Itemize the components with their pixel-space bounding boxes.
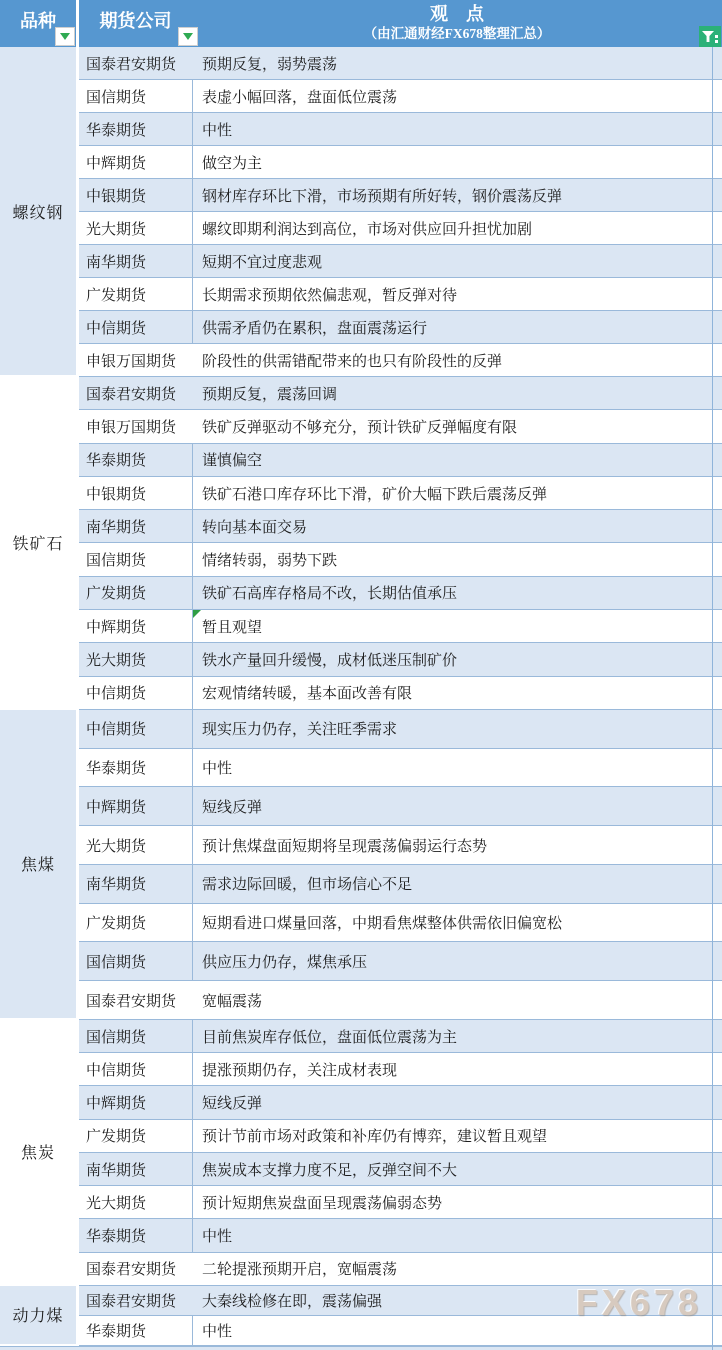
filter-funnel-icon [702,31,714,42]
view-cell: 铁矿石港口库存环比下滑，矿价大幅下跌后震荡反弹 [192,477,722,509]
table-row: 中信期货供需矛盾仍在累积，盘面震荡运行 [79,311,722,344]
view-text: 短线反弹 [202,796,262,817]
view-cell: 预期反复，弱势震荡 [192,47,722,79]
table-row: 广发期货短期看进口煤量回落，中期看焦煤整体供需依旧偏宽松 [79,904,722,943]
company-cell: 中辉期货 [79,610,192,642]
company-cell: 中辉期货 [79,1086,192,1118]
view-text: 铁矿石港口库存环比下滑，矿价大幅下跌后震荡反弹 [202,483,547,504]
table-row: 中信期货提涨预期仍存，关注成材表现 [79,1053,722,1086]
company-cell: 国信期货 [79,1020,192,1052]
view-cell: 预期反复，震荡回调 [192,377,722,409]
view-text: 预期反复，震荡回调 [202,383,337,404]
view-text: 宏观情绪转暖，基本面改善有限 [202,682,412,703]
view-text: 短期不宜过度悲观 [202,251,322,272]
view-cell: 供应压力仍存，煤焦承压 [192,942,722,980]
view-text: 长期需求预期依然偏悲观，暂反弹对待 [202,284,457,305]
view-text: 情绪转弱，弱势下跌 [202,549,337,570]
chevron-down-icon [60,33,70,40]
table-row: 光大期货螺纹即期利润达到高位，市场对供应回升担忧加剧 [79,212,722,245]
table-body: 螺纹钢国泰君安期货预期反复，弱势震荡国信期货表虚小幅回落，盘面低位震荡华泰期货中… [0,47,722,1346]
view-cell: 短线反弹 [192,1086,722,1118]
table-row: 广发期货预计节前市场对政策和补库仍有博弈，建议暂且观望 [79,1120,722,1153]
variety-header-label: 品种 [20,7,56,33]
view-text: 预计短期焦炭盘面呈现震荡偏弱态势 [202,1192,442,1213]
table-row: 华泰期货中性 [79,113,722,146]
view-cell: 短期不宜过度悲观 [192,245,722,277]
table-row: 南华期货焦炭成本支撑力度不足，反弹空间不大 [79,1153,722,1186]
view-cell: 阶段性的供需错配带来的也只有阶段性的反弹 [192,344,722,376]
variety-group: 焦煤中信期货现实压力仍存，关注旺季需求华泰期货中性中辉期货短线反弹光大期货预计焦… [0,710,722,1020]
company-cell: 中信期货 [79,1053,192,1085]
view-text: 暂且观望 [202,616,262,637]
company-cell: 南华期货 [79,1153,192,1185]
view-cell: 二轮提涨预期开启，宽幅震荡 [192,1253,722,1285]
watermark: FX678 [576,1282,702,1324]
view-text: 表虚小幅回落，盘面低位震荡 [202,86,397,107]
view-cell: 目前焦炭库存低位，盘面低位震荡为主 [192,1020,722,1052]
table-row: 华泰期货谨慎偏空 [79,444,722,477]
company-cell: 华泰期货 [79,1316,192,1345]
view-text: 焦炭成本支撑力度不足，反弹空间不大 [202,1159,457,1180]
group-rows: 中信期货现实压力仍存，关注旺季需求华泰期货中性中辉期货短线反弹光大期货预计焦煤盘… [79,710,722,1020]
right-column-border [712,47,713,1350]
view-cell: 现实压力仍存，关注旺季需求 [192,710,722,748]
company-cell: 国信期货 [79,80,192,112]
view-cell: 中性 [192,1219,722,1251]
table-row: 申银万国期货铁矿反弹驱动不够充分，预计铁矿反弹幅度有限 [79,410,722,443]
company-cell: 华泰期货 [79,1219,192,1251]
company-cell: 中信期货 [79,677,192,709]
company-cell: 广发期货 [79,1120,192,1152]
company-cell: 国信期货 [79,543,192,575]
table-row: 南华期货需求边际回暖，但市场信心不足 [79,865,722,904]
company-cell: 南华期货 [79,510,192,542]
view-cell: 短线反弹 [192,787,722,825]
view-header-subtitle: （由汇通财经FX678整理汇总） [364,25,551,43]
comment-marker-icon [193,610,201,618]
view-text: 供需矛盾仍在累积，盘面震荡运行 [202,317,427,338]
variety-cell: 动力煤 [0,1286,79,1346]
view-text: 中性 [202,1320,232,1341]
view-text: 二轮提涨预期开启，宽幅震荡 [202,1258,397,1279]
table-row: 广发期货长期需求预期依然偏悲观，暂反弹对待 [79,278,722,311]
group-rows: 国泰君安期货预期反复，弱势震荡国信期货表虚小幅回落，盘面低位震荡华泰期货中性中辉… [79,47,722,377]
variety-group: 焦炭国信期货目前焦炭库存低位，盘面低位震荡为主中信期货提涨预期仍存，关注成材表现… [0,1020,722,1286]
view-text: 现实压力仍存，关注旺季需求 [202,718,397,739]
view-cell: 螺纹即期利润达到高位，市场对供应回升担忧加剧 [192,212,722,244]
view-text: 提涨预期仍存，关注成材表现 [202,1059,397,1080]
table-row: 中辉期货暂且观望 [79,610,722,643]
spreadsheet-view: 品种 期货公司 观 点 （由汇通财经FX678整理汇总） 螺纹钢国泰君安期货预期… [0,0,722,1350]
view-text: 目前焦炭库存低位，盘面低位震荡为主 [202,1026,457,1047]
table-row: 国信期货目前焦炭库存低位，盘面低位震荡为主 [79,1020,722,1053]
table-row: 国信期货供应压力仍存，煤焦承压 [79,942,722,981]
view-cell: 铁水产量回升缓慢，成材低迷压制矿价 [192,643,722,675]
view-cell: 供需矛盾仍在累积，盘面震荡运行 [192,311,722,343]
view-cell: 中性 [192,113,722,145]
view-text: 短线反弹 [202,1092,262,1113]
company-cell: 广发期货 [79,577,192,609]
company-cell: 华泰期货 [79,113,192,145]
view-text: 阶段性的供需错配带来的也只有阶段性的反弹 [202,350,502,371]
view-text: 预期反复，弱势震荡 [202,53,337,74]
company-cell: 南华期货 [79,865,192,903]
variety-cell: 焦煤 [0,710,79,1020]
company-cell: 中辉期货 [79,146,192,178]
company-cell: 光大期货 [79,212,192,244]
view-text: 铁矿石高库存格局不改，长期估值承压 [202,582,457,603]
table-row: 南华期货短期不宜过度悲观 [79,245,722,278]
group-rows: 国泰君安期货预期反复，震荡回调申银万国期货铁矿反弹驱动不够充分，预计铁矿反弹幅度… [79,377,722,710]
table-row: 南华期货转向基本面交易 [79,510,722,543]
company-cell: 广发期货 [79,904,192,942]
view-cell: 宏观情绪转暖，基本面改善有限 [192,677,722,709]
table-row: 国泰君安期货二轮提涨预期开启，宽幅震荡 [79,1253,722,1286]
company-cell: 广发期货 [79,278,192,310]
view-text: 铁矿反弹驱动不够充分，预计铁矿反弹幅度有限 [202,416,517,437]
company-cell: 国泰君安期货 [79,47,192,79]
view-cell: 焦炭成本支撑力度不足，反弹空间不大 [192,1153,722,1185]
table-row: 国信期货情绪转弱，弱势下跌 [79,543,722,576]
view-cell: 钢材库存环比下滑，市场预期有所好转，钢价震荡反弹 [192,179,722,211]
variety-cell: 焦炭 [0,1020,79,1286]
table-row: 国泰君安期货宽幅震荡 [79,981,722,1020]
view-text: 螺纹即期利润达到高位，市场对供应回升担忧加剧 [202,218,532,239]
company-cell: 光大期货 [79,643,192,675]
view-cell: 谨慎偏空 [192,444,722,476]
view-text: 供应压力仍存，煤焦承压 [202,951,367,972]
table-row: 光大期货铁水产量回升缓慢，成材低迷压制矿价 [79,643,722,676]
view-text: 中性 [202,757,232,778]
company-cell: 国泰君安期货 [79,981,192,1019]
view-text: 预计节前市场对政策和补库仍有博弈，建议暂且观望 [202,1125,547,1146]
view-text: 宽幅震荡 [202,990,262,1011]
company-cell: 南华期货 [79,245,192,277]
view-cell: 短期看进口煤量回落，中期看焦煤整体供需依旧偏宽松 [192,904,722,942]
company-header-label: 期货公司 [100,7,172,33]
view-text: 钢材库存环比下滑，市场预期有所好转，钢价震荡反弹 [202,185,562,206]
table-row: 华泰期货中性 [79,1219,722,1252]
company-cell: 中银期货 [79,477,192,509]
company-cell: 光大期货 [79,826,192,864]
view-cell: 长期需求预期依然偏悲观，暂反弹对待 [192,278,722,310]
view-text: 大秦线检修在即，震荡偏强 [202,1290,382,1311]
view-text: 短期看进口煤量回落，中期看焦煤整体供需依旧偏宽松 [202,912,562,933]
view-cell: 做空为主 [192,146,722,178]
view-text: 中性 [202,1225,232,1246]
table-row: 中辉期货短线反弹 [79,1086,722,1119]
view-text: 谨慎偏空 [202,449,262,470]
table-row: 中银期货钢材库存环比下滑，市场预期有所好转，钢价震荡反弹 [79,179,722,212]
bottom-partial-row [0,1346,722,1350]
header-row: 品种 期货公司 观 点 （由汇通财经FX678整理汇总） [0,0,722,47]
table-row: 申银万国期货阶段性的供需错配带来的也只有阶段性的反弹 [79,344,722,377]
table-row: 中银期货铁矿石港口库存环比下滑，矿价大幅下跌后震荡反弹 [79,477,722,510]
view-text: 做空为主 [202,152,262,173]
view-cell: 暂且观望 [192,610,722,642]
view-cell: 提涨预期仍存，关注成材表现 [192,1053,722,1085]
company-cell: 国泰君安期货 [79,377,192,409]
variety-group: 螺纹钢国泰君安期货预期反复，弱势震荡国信期货表虚小幅回落，盘面低位震荡华泰期货中… [0,47,722,377]
view-text: 转向基本面交易 [202,516,307,537]
view-text: 预计焦煤盘面短期将呈现震荡偏弱运行态势 [202,835,487,856]
table-row: 国泰君安期货预期反复，弱势震荡 [79,47,722,80]
view-cell: 需求边际回暖，但市场信心不足 [192,865,722,903]
table-row: 光大期货预计焦煤盘面短期将呈现震荡偏弱运行态势 [79,826,722,865]
table-row: 华泰期货中性 [79,749,722,788]
company-cell: 光大期货 [79,1186,192,1218]
table-row: 中信期货现实压力仍存，关注旺季需求 [79,710,722,749]
company-cell: 中辉期货 [79,787,192,825]
filter-funnel-dots [715,40,718,43]
company-cell: 华泰期货 [79,749,192,787]
table-row: 中辉期货做空为主 [79,146,722,179]
view-header-title: 观 点 [430,3,484,25]
chevron-down-icon [183,33,193,40]
view-cell: 预计节前市场对政策和补库仍有博弈，建议暂且观望 [192,1120,722,1152]
view-header-cell: 观 点 （由汇通财经FX678整理汇总） [192,0,722,47]
company-cell: 国信期货 [79,942,192,980]
company-filter-button[interactable] [178,27,198,46]
company-cell: 申银万国期货 [79,344,192,376]
view-cell: 预计短期焦炭盘面呈现震荡偏弱态势 [192,1186,722,1218]
view-text: 中性 [202,119,232,140]
view-cell: 表虚小幅回落，盘面低位震荡 [192,80,722,112]
table-row: 广发期货铁矿石高库存格局不改，长期估值承压 [79,577,722,610]
company-cell: 国泰君安期货 [79,1286,192,1315]
view-cell: 铁矿石高库存格局不改，长期估值承压 [192,577,722,609]
company-cell: 中信期货 [79,311,192,343]
table-row: 国泰君安期货预期反复，震荡回调 [79,377,722,410]
company-cell: 华泰期货 [79,444,192,476]
variety-filter-button[interactable] [55,27,75,46]
company-cell: 中银期货 [79,179,192,211]
view-cell: 中性 [192,749,722,787]
variety-cell: 铁矿石 [0,377,79,710]
variety-header-cell: 品种 [0,0,79,47]
view-cell: 宽幅震荡 [192,981,722,1019]
view-cell: 预计焦煤盘面短期将呈现震荡偏弱运行态势 [192,826,722,864]
view-cell: 转向基本面交易 [192,510,722,542]
group-rows: 国信期货目前焦炭库存低位，盘面低位震荡为主中信期货提涨预期仍存，关注成材表现中辉… [79,1020,722,1286]
variety-cell: 螺纹钢 [0,47,79,377]
filter-applied-button[interactable] [699,26,721,47]
view-text: 需求边际回暖，但市场信心不足 [202,873,412,894]
view-cell: 铁矿反弹驱动不够充分，预计铁矿反弹幅度有限 [192,410,722,442]
company-cell: 中信期货 [79,710,192,748]
company-header-cell: 期货公司 [79,0,192,47]
view-cell: 情绪转弱，弱势下跌 [192,543,722,575]
company-cell: 申银万国期货 [79,410,192,442]
table-row: 中辉期货短线反弹 [79,787,722,826]
company-cell: 国泰君安期货 [79,1253,192,1285]
view-text: 铁水产量回升缓慢，成材低迷压制矿价 [202,649,457,670]
table-row: 国信期货表虚小幅回落，盘面低位震荡 [79,80,722,113]
variety-group: 铁矿石国泰君安期货预期反复，震荡回调申银万国期货铁矿反弹驱动不够充分，预计铁矿反… [0,377,722,710]
table-row: 中信期货宏观情绪转暖，基本面改善有限 [79,677,722,710]
table-row: 光大期货预计短期焦炭盘面呈现震荡偏弱态势 [79,1186,722,1219]
